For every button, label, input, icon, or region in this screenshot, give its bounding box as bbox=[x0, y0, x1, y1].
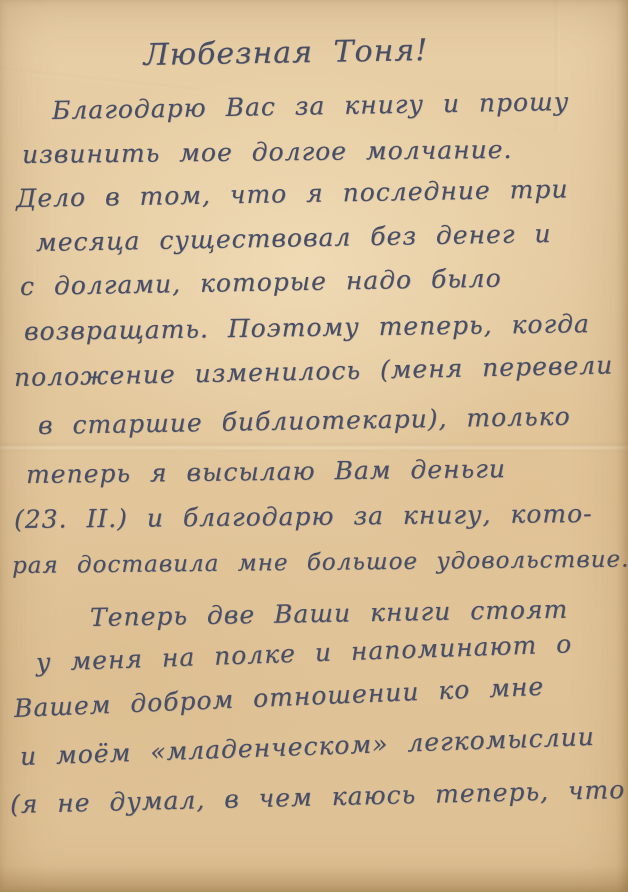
letter-line: (я не думал, в чем каюсь теперь, что bbox=[10, 773, 626, 822]
letter-line: рая доставила мне большое удовольствие. bbox=[12, 543, 628, 583]
paper-edge-shadow-right bbox=[616, 0, 628, 892]
letter-line: извинить мое долгое молчание. bbox=[22, 133, 513, 172]
letter-line: Благодарю Вас за книгу и прошу bbox=[52, 85, 570, 128]
letter-line: Теперь две Ваши книги стоят bbox=[90, 593, 569, 635]
letter-line: теперь я высылаю Вам деньги bbox=[26, 452, 506, 492]
letter-line: с долгами, которые надо было bbox=[20, 262, 502, 304]
letter-line: Вашем добром отношении ко мне bbox=[13, 670, 545, 726]
letter-page: Любезная Тоня! Благодарю Вас за книгу и … bbox=[0, 0, 628, 892]
letter-line: в старшие библиотекари), только bbox=[38, 400, 571, 443]
paper-edge-shadow-bottom bbox=[0, 866, 628, 892]
letter-line: и моём «младенческом» легкомыслии bbox=[19, 720, 595, 774]
letter-line: положение изменилось (меня перевели bbox=[14, 348, 614, 395]
letter-line: возвращать. Поэтому теперь, когда bbox=[24, 307, 590, 349]
fold-crease-middle bbox=[0, 444, 628, 451]
letter-salutation: Любезная Тоня! bbox=[0, 31, 600, 76]
letter-line: месяца существовал без денег и bbox=[36, 217, 552, 260]
letter-line: Дело в том, что я последние три bbox=[16, 172, 569, 216]
letter-line: (23. II.) и благодарю за книгу, кото- bbox=[14, 497, 593, 537]
